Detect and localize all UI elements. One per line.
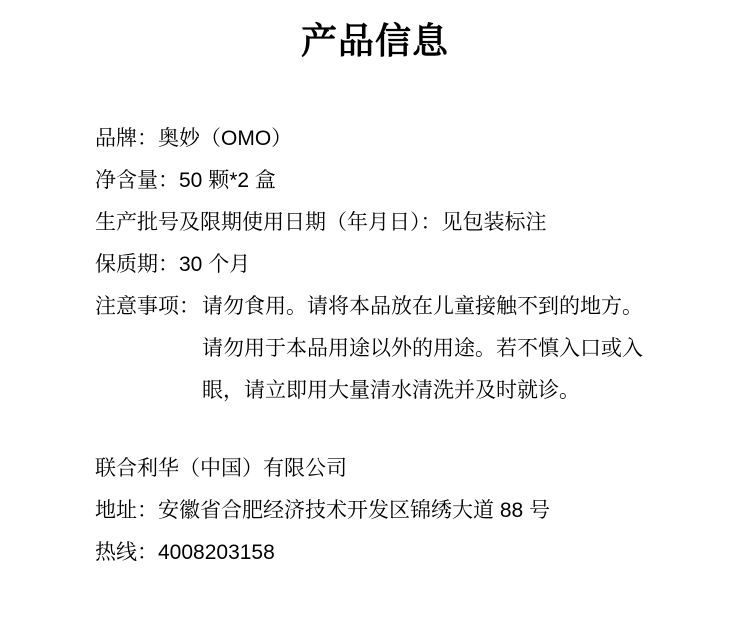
company-section: 联合利华（中国）有限公司 地址：安徽省合肥经济技术开发区锦绣大道 88 号 热线… — [0, 448, 750, 574]
notice-content: 请勿食用。请将本品放在儿童接触不到的地方。 请勿用于本品用途以外的用途。若不慎入… — [202, 286, 643, 412]
notice-line-2: 请勿用于本品用途以外的用途。若不慎入口或入 — [202, 328, 643, 370]
address-row: 地址：安徽省合肥经济技术开发区锦绣大道 88 号 — [95, 490, 695, 532]
brand-row: 品牌：奥妙（OMO） — [95, 118, 695, 160]
notice-line-1: 请勿食用。请将本品放在儿童接触不到的地方。 — [202, 286, 643, 328]
notice-line-3: 眼，请立即用大量清水清洗并及时就诊。 — [202, 370, 643, 412]
net-content-row: 净含量：50 颗*2 盒 — [95, 160, 695, 202]
shelf-life-row: 保质期：30 个月 — [95, 244, 695, 286]
product-info-page: 产品信息 品牌：奥妙（OMO） 净含量：50 颗*2 盒 生产批号及限期使用日期… — [0, 0, 750, 630]
info-section: 品牌：奥妙（OMO） 净含量：50 颗*2 盒 生产批号及限期使用日期（年月日）… — [0, 118, 750, 412]
hotline-row: 热线：4008203158 — [95, 532, 695, 574]
notice-row: 注意事项： 请勿食用。请将本品放在儿童接触不到的地方。 请勿用于本品用途以外的用… — [95, 286, 695, 412]
notice-label: 注意事项： — [95, 286, 200, 328]
page-title: 产品信息 — [0, 0, 750, 64]
batch-date-row: 生产批号及限期使用日期（年月日）：见包装标注 — [95, 202, 695, 244]
company-name: 联合利华（中国）有限公司 — [95, 448, 695, 490]
